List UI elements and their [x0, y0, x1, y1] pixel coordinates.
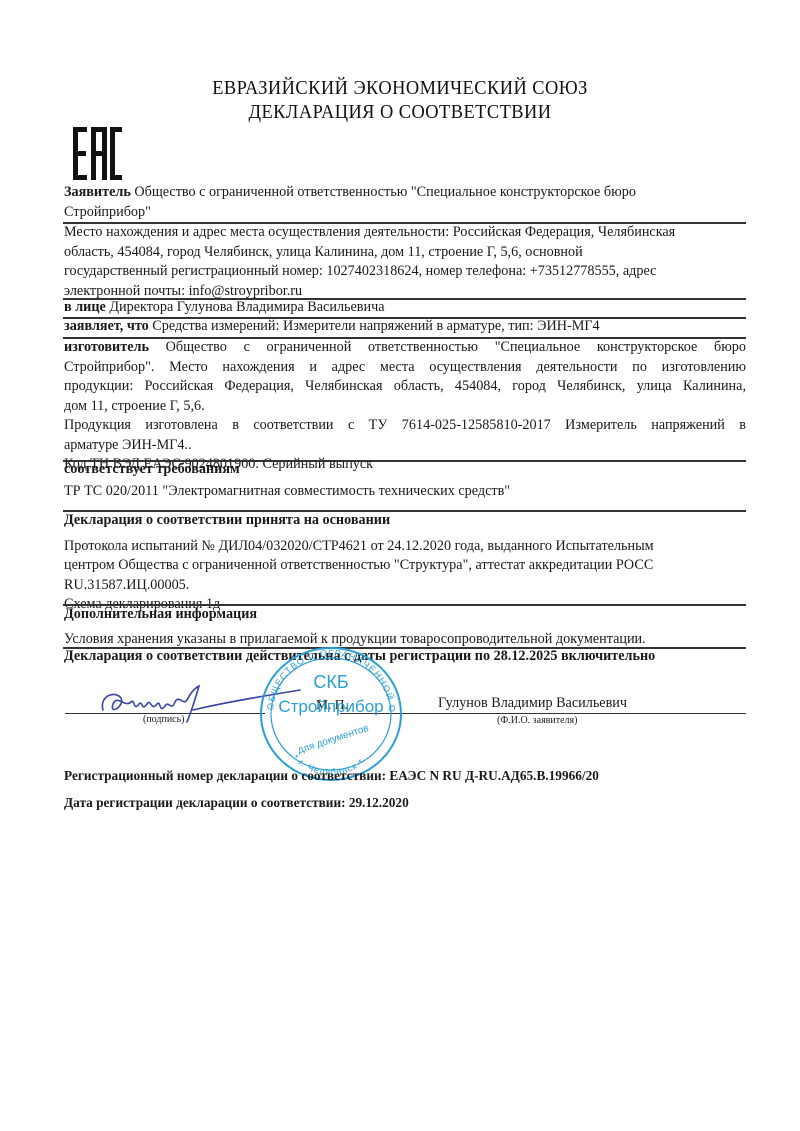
basis-section: Декларация о соответствии принята на осн… [64, 511, 746, 615]
manufacturer-line4: дом 11, строение Г, 5,6. [64, 397, 746, 417]
manufacturer-line3: продукции: Российская Федерация, Челябин… [64, 377, 746, 397]
registration-date: Дата регистрации декларации о соответств… [64, 794, 712, 814]
additional-label: Дополнительная информация [64, 605, 746, 625]
applicant-name-caption: (Ф.И.О. заявителя) [497, 715, 577, 726]
applicant-name: Гулунов Владимир Васильевич [438, 694, 738, 714]
represented-by-value: Директора Гулунова Владимира Васильевича [106, 299, 385, 315]
applicant-label: Заявитель [64, 184, 131, 200]
manufacturer-line2: Стройприбор". Место нахождения и адрес м… [64, 358, 746, 378]
manufacturer-section: изготовитель Общество с ограниченной отв… [64, 338, 746, 455]
basis-line2: центром Общества с ограниченной ответств… [64, 556, 746, 576]
address-line2: область, 454084, город Челябинск, улица … [64, 243, 746, 263]
product-line1: Продукция изготовлена в соответствии с Т… [64, 416, 746, 436]
declares-value: Средства измерений: Измерители напряжени… [149, 318, 600, 334]
basis-line1: Протокола испытаний № ДИЛ04/032020/СТР46… [64, 537, 746, 557]
registration-number: Регистрационный номер декларации о соотв… [64, 767, 712, 787]
declaration-page: ЕВРАЗИЙСКИЙ ЭКОНОМИЧЕСКИЙ СОЮЗ ДЕКЛАРАЦИ… [0, 0, 800, 1131]
declares-label: заявляет, что [64, 318, 149, 334]
declares-section: заявляет, что Средства измерений: Измери… [64, 317, 746, 337]
basis-label: Декларация о соответствии принята на осн… [64, 511, 746, 531]
applicant-value-line1: Общество с ограниченной ответственностью… [131, 184, 636, 200]
represented-by-section: в лице Директора Гулунова Владимира Васи… [64, 298, 746, 318]
applicant-section: Заявитель Общество с ограниченной ответс… [64, 183, 746, 222]
eac-logo-icon [73, 127, 122, 180]
applicant-value-line2: Стройприбор" [64, 203, 746, 223]
address-line1: Место нахождения и адрес места осуществл… [64, 223, 746, 243]
svg-text:СКБ: СКБ [313, 672, 348, 692]
union-title: ЕВРАЗИЙСКИЙ ЭКОНОМИЧЕСКИЙ СОЮЗ [32, 77, 768, 100]
requirements-label: соответствует требованиям [64, 460, 746, 480]
requirements-section: соответствует требованиям ТР ТС 020/2011… [64, 460, 746, 501]
address-section: Место нахождения и адрес места осуществл… [64, 223, 746, 301]
product-line2: арматуре ЭИН-МГ4.. [64, 436, 746, 456]
svg-text:для документов: для документов [296, 723, 370, 756]
address-line3: государственный регистрационный номер: 1… [64, 262, 746, 282]
manufacturer-line1: Общество с ограниченной ответственностью… [149, 339, 746, 355]
represented-by-label: в лице [64, 299, 106, 315]
manufacturer-label: изготовитель [64, 339, 149, 355]
basis-line3: RU.31587.ИЦ.00005. [64, 576, 746, 596]
requirements-value: ТР ТС 020/2011 "Электромагнитная совмест… [64, 482, 746, 502]
document-title: ДЕКЛАРАЦИЯ О СООТВЕТСТВИИ [32, 101, 768, 124]
company-stamp-icon: ОБЩЕСТВО С ОГРАНИЧЕННОЙ ОТВЕТСТВЕННОСТЬЮ… [256, 644, 406, 784]
additional-section: Дополнительная информация Условия хранен… [64, 605, 746, 649]
svg-text:Стройприбор: Стройприбор [278, 697, 383, 716]
signature-caption: (подпись) [143, 714, 185, 725]
